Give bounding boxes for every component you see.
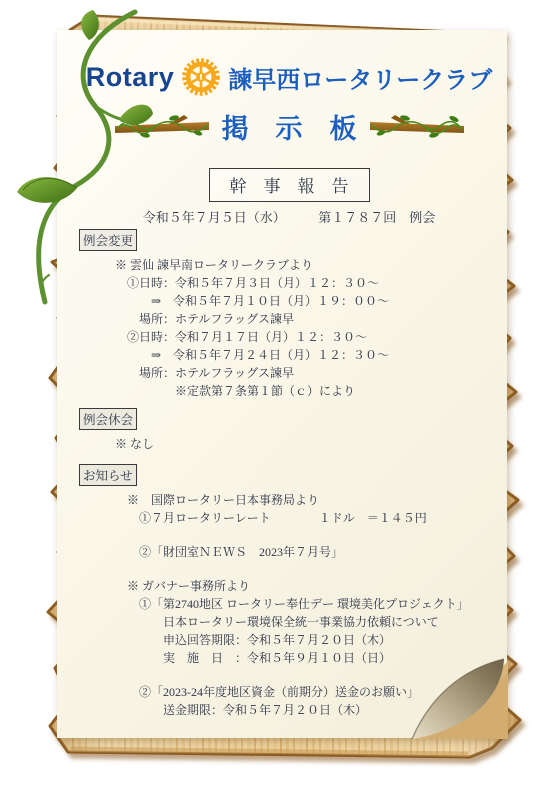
report-title-box: 幹 事 報 告 [209,168,370,202]
text-line: ⇒ 令和５年７月１０日（月）１９：００～ [79,292,499,310]
section-label-notice: お知らせ [79,464,137,486]
text-line: 場所：ホテルフラッグス諫早 [79,364,499,382]
text-line: ⇒ 令和５年７月２４日（月）１２：３０～ [79,346,499,364]
branch-left-icon [112,112,212,140]
report-title-wrap: 幹 事 報 告 [79,168,499,202]
text-line: ※ なし [79,435,499,453]
board-title: 掲 示 板 [222,107,357,146]
text-line: ※定款第７条第１節（ｃ）により [79,382,499,400]
text-line: ①７月ロータリーレート １ドル ＝１４５円 [79,509,499,527]
paper-sheet: Rotary 諫早西ロータリークラブ [57,30,507,738]
section-meeting-change: 例会変更 ※ 雲仙 諫早南ロータリークラブより ①日時：令和５年７月３日（月）１… [79,229,499,400]
meeting-date: 令和５年７月５日（水） 第１７８７回 例会 [79,207,499,226]
text-line: 場所：ホテルフラッグス諫早 [79,310,499,328]
text-line: ①日時：令和５年７月３日（月）１２：３０～ [79,274,499,292]
text-line: ※ 国際ロータリー日本事務局より [79,491,499,509]
section-label-meeting-change: 例会変更 [79,229,137,251]
paper-content: Rotary 諫早西ロータリークラブ [57,30,507,719]
bulletin-page: Rotary 諫早西ロータリークラブ [0,0,560,786]
text-line: ①「第2740地区 ロータリー奉仕デー 環境美化プロジェクト」 [79,595,499,613]
section-label-meeting-recess: 例会休会 [79,408,137,430]
text-line: 日本ロータリー環境保全統一事業協力依頼について [79,613,499,631]
rotary-wheel-icon [181,57,221,97]
text-line: ※ ガバナー事務所より [79,577,499,595]
text-line: ※ 雲仙 諫早南ロータリークラブより [79,256,499,274]
text-line: ②日時：令和７月１７日（月）１２：３０～ [79,328,499,346]
rotary-wordmark: Rotary [86,62,175,93]
header: Rotary 諫早西ロータリークラブ [79,56,499,98]
text-line: ②「財団室ＮＥＷＳ 2023年７月号」 [79,543,499,561]
page-curl-icon [396,639,508,739]
section-meeting-recess: 例会休会 ※ なし [79,408,499,453]
club-name: 諫早西ロータリークラブ [228,60,492,95]
board-title-row: 掲 示 板 [79,108,499,144]
branch-right-icon [367,112,467,140]
